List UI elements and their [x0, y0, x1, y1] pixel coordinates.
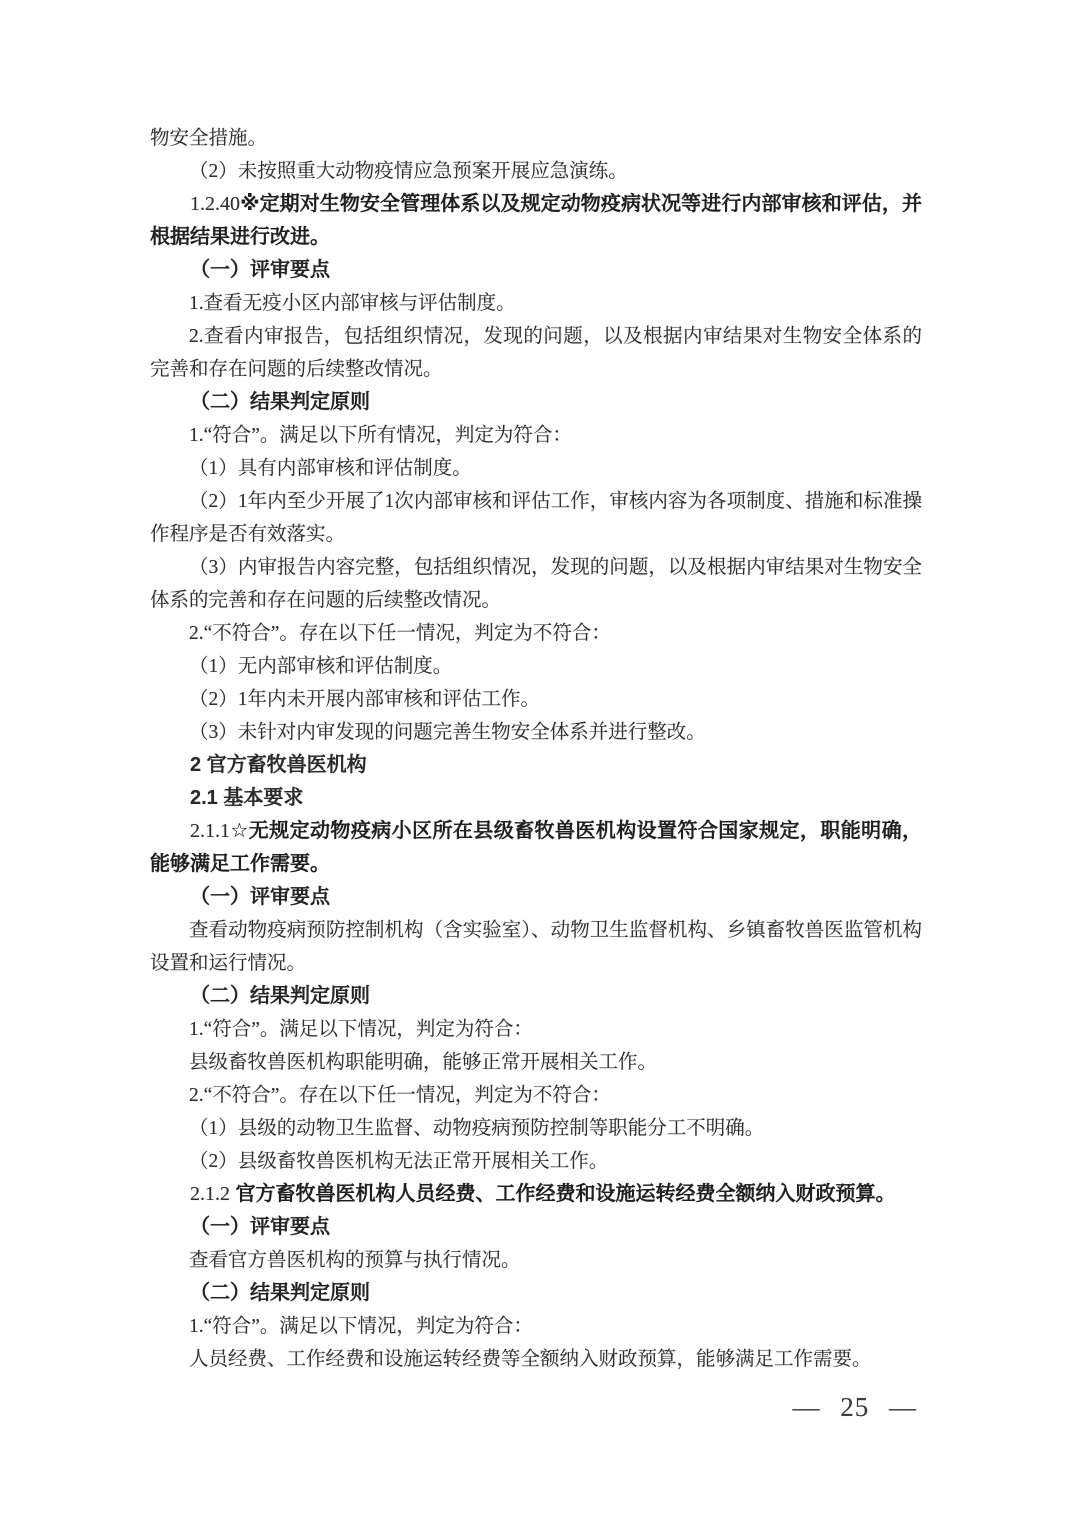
body-paragraph: 2.“不符合”。存在以下任一情况，判定为不符合： — [150, 617, 922, 650]
criterion-item: 2.1.1☆无规定动物疫病小区所在县级畜牧兽医机构设置符合国家规定，职能明确，能… — [150, 815, 922, 881]
heading-paragraph: （二）结果判定原则 — [150, 386, 922, 419]
body-paragraph: 2.查看内审报告，包括组织情况，发现的问题，以及根据内审结果对生物安全体系的完善… — [150, 320, 922, 386]
body-paragraph: 人员经费、工作经费和设施运转经费等全额纳入财政预算，能够满足工作需要。 — [150, 1343, 922, 1376]
body-paragraph: 1.查看无疫小区内部审核与评估制度。 — [150, 287, 922, 320]
criterion-item: 2.1.2 官方畜牧兽医机构人员经费、工作经费和设施运转经费全额纳入财政预算。 — [150, 1178, 922, 1211]
body-paragraph: （1）无内部审核和评估制度。 — [150, 650, 922, 683]
item-text: 官方畜牧兽医机构人员经费、工作经费和设施运转经费全额纳入财政预算。 — [230, 1183, 896, 1205]
item-number: 2.1.1 — [190, 820, 230, 842]
body-paragraph: 1.“符合”。满足以下所有情况，判定为符合： — [150, 419, 922, 452]
body-paragraph: （1）具有内部审核和评估制度。 — [150, 452, 922, 485]
item-number: 1.2.40 — [190, 193, 240, 215]
heading-paragraph: （二）结果判定原则 — [150, 1277, 922, 1310]
page-number: — 25 — — [793, 1392, 918, 1423]
body-paragraph: （2）县级畜牧兽医机构无法正常开展相关工作。 — [150, 1145, 922, 1178]
item-text: ※定期对生物安全管理体系以及规定动物疫病状况等进行内部审核和评估，并根据结果进行… — [150, 193, 922, 248]
heading-paragraph: （一）评审要点 — [150, 881, 922, 914]
section-heading: 2 官方畜牧兽医机构 — [150, 749, 922, 782]
section-heading: 2.1 基本要求 — [150, 782, 922, 815]
body-paragraph: 查看动物疫病预防控制机构（含实验室）、动物卫生监督机构、乡镇畜牧兽医监管机构设置… — [150, 914, 922, 980]
body-paragraph: （2）1年内至少开展了1次内部审核和评估工作，审核内容为各项制度、措施和标准操作… — [150, 485, 922, 551]
body-paragraph: （2）1年内未开展内部审核和评估工作。 — [150, 683, 922, 716]
heading-paragraph: （二）结果判定原则 — [150, 980, 922, 1013]
body-paragraph: 2.“不符合”。存在以下任一情况，判定为不符合： — [150, 1079, 922, 1112]
body-paragraph: （3）未针对内审发现的问题完善生物安全体系并进行整改。 — [150, 716, 922, 749]
heading-paragraph: （一）评审要点 — [150, 254, 922, 287]
body-paragraph: （3）内审报告内容完整，包括组织情况，发现的问题，以及根据内审结果对生物安全体系… — [150, 551, 922, 617]
document-body: 物安全措施。（2）未按照重大动物疫情应急预案开展应急演练。1.2.40※定期对生… — [150, 122, 922, 1376]
body-paragraph: 1.“符合”。满足以下情况，判定为符合： — [150, 1013, 922, 1046]
heading-paragraph: （一）评审要点 — [150, 1211, 922, 1244]
document-page: 物安全措施。（2）未按照重大动物疫情应急预案开展应急演练。1.2.40※定期对生… — [0, 0, 1080, 1527]
criterion-item: 1.2.40※定期对生物安全管理体系以及规定动物疫病状况等进行内部审核和评估，并… — [150, 188, 922, 254]
body-paragraph: （1）县级的动物卫生监督、动物疫病预防控制等职能分工不明确。 — [150, 1112, 922, 1145]
body-paragraph: 县级畜牧兽医机构职能明确，能够正常开展相关工作。 — [150, 1046, 922, 1079]
body-paragraph: 查看官方兽医机构的预算与执行情况。 — [150, 1244, 922, 1277]
item-text: ☆无规定动物疫病小区所在县级畜牧兽医机构设置符合国家规定，职能明确，能够满足工作… — [150, 820, 922, 875]
body-paragraph: （2）未按照重大动物疫情应急预案开展应急演练。 — [150, 155, 922, 188]
body-paragraph: 物安全措施。 — [150, 122, 922, 155]
body-paragraph: 1.“符合”。满足以下情况，判定为符合： — [150, 1310, 922, 1343]
item-number: 2.1.2 — [190, 1183, 230, 1205]
